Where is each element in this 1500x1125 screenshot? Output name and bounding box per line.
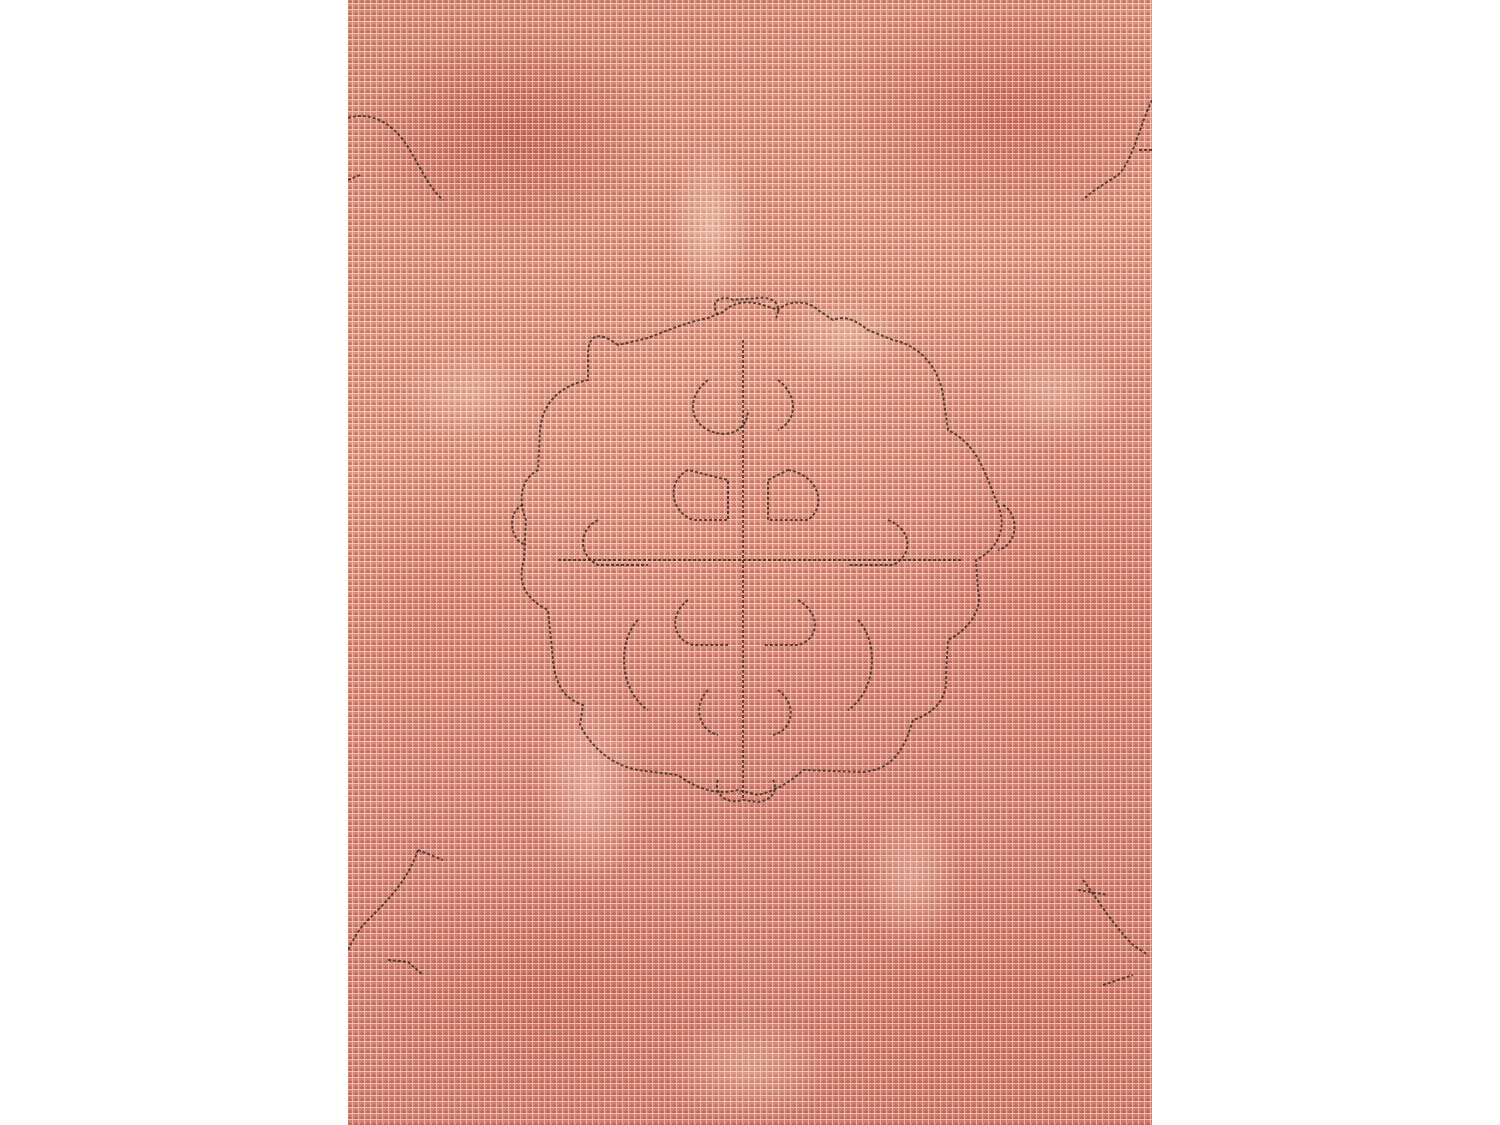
rug-medallion-outline bbox=[348, 0, 1152, 1125]
product-photo bbox=[0, 0, 1500, 1125]
rug bbox=[348, 0, 1152, 1125]
